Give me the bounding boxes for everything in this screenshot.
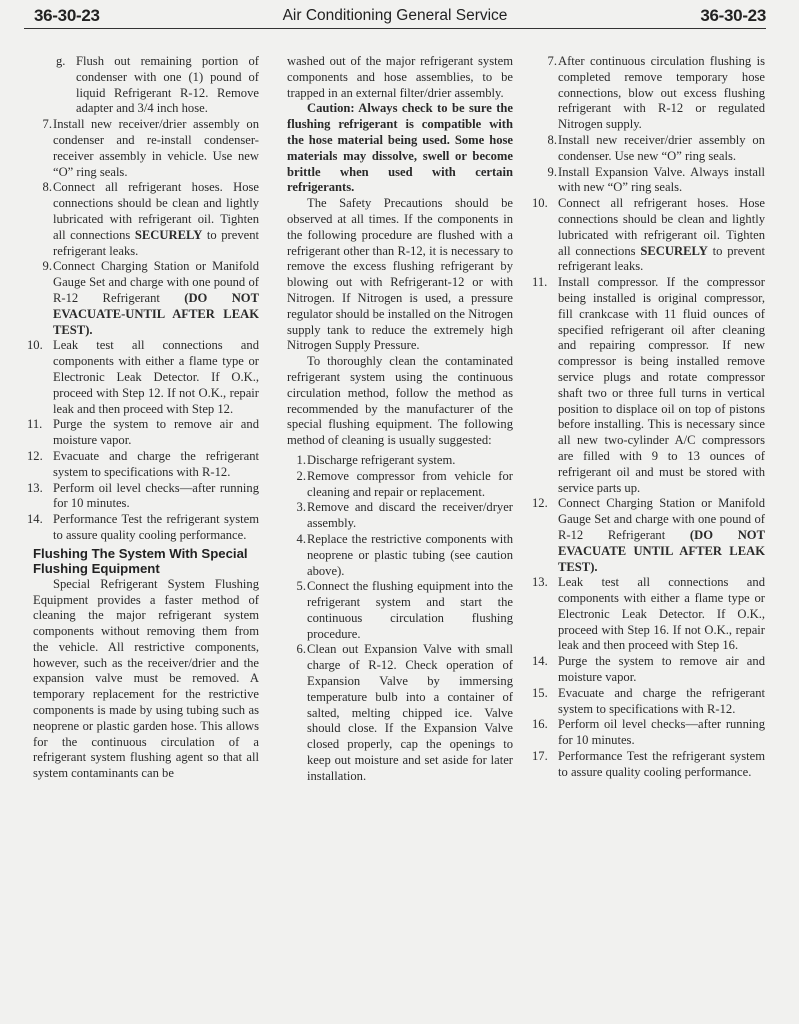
list-item: 12.Connect Charging Station or Manifold … bbox=[538, 496, 765, 575]
item-number: 10. bbox=[27, 338, 50, 354]
item-number: g. bbox=[56, 54, 96, 70]
item-text: Perform oil level checks—after running f… bbox=[53, 481, 259, 511]
item-text: Install new receiver/drier assembly on c… bbox=[558, 133, 765, 163]
list-item: 10.Leak test all connections and compone… bbox=[33, 338, 259, 417]
list-item: 13.Perform oil level checks—after runnin… bbox=[33, 481, 259, 513]
list-item: 15.Evacuate and charge the refrigerant s… bbox=[538, 686, 765, 718]
item-number: 5. bbox=[287, 579, 306, 595]
item-number: 6. bbox=[287, 642, 306, 658]
body-paragraph: Special Refrigerant System Flushing Equi… bbox=[33, 577, 259, 782]
item-text: Perform oil level checks—after running f… bbox=[558, 717, 765, 747]
item-number: 9. bbox=[33, 259, 52, 275]
list-item: 8.Install new receiver/drier assembly on… bbox=[538, 133, 765, 165]
item-number: 14. bbox=[532, 654, 555, 670]
item-number: 13. bbox=[27, 481, 50, 497]
body-paragraph: washed out of the major refrigerant syst… bbox=[287, 54, 513, 101]
item-text: Install Expansion Valve. Always install … bbox=[558, 165, 765, 195]
page-title: Air Conditioning General Service bbox=[24, 7, 766, 25]
list-item: 1.Discharge refrigerant system. bbox=[287, 453, 513, 469]
item-text: Purge the system to remove air and moist… bbox=[558, 654, 765, 684]
caution-note: Caution: Always check to be sure the flu… bbox=[287, 101, 513, 196]
item-text: After continuous circulation flushing is… bbox=[558, 54, 765, 131]
column-3: 7.After continuous circulation flushing … bbox=[538, 54, 765, 781]
item-number: 12. bbox=[27, 449, 50, 465]
list-item: 7.After continuous circulation flushing … bbox=[538, 54, 765, 133]
list-item: 8.Connect all refrigerant hoses. Hose co… bbox=[33, 180, 259, 259]
item-number: 15. bbox=[532, 686, 555, 702]
item-text: Replace the restrictive components with … bbox=[307, 532, 513, 578]
item-text: Remove and discard the receiver/dryer as… bbox=[307, 500, 513, 530]
item-number: 2. bbox=[287, 469, 306, 485]
item-number: 16. bbox=[532, 717, 555, 733]
item-text: Leak test all connections and components… bbox=[53, 338, 259, 415]
item-text: Clean out Expansion Valve with small cha… bbox=[307, 642, 513, 782]
list-item: 6.Clean out Expansion Valve with small c… bbox=[287, 642, 513, 784]
list-item: 14.Purge the system to remove air and mo… bbox=[538, 654, 765, 686]
item-text: Performance Test the refrigerant system … bbox=[53, 512, 259, 542]
item-number: 12. bbox=[532, 496, 555, 512]
item-number: 1. bbox=[287, 453, 306, 469]
list-item: 5.Connect the flushing equipment into th… bbox=[287, 579, 513, 642]
item-text: Install compressor. If the compressor be… bbox=[558, 275, 765, 494]
item-emphasis: SECURELY bbox=[640, 244, 707, 258]
list-item: 11.Purge the system to remove air and mo… bbox=[33, 417, 259, 449]
item-number: 9. bbox=[538, 165, 557, 181]
item-emphasis: SECURELY bbox=[135, 228, 202, 242]
section-heading: Flushing The System With Special Flushin… bbox=[33, 546, 259, 577]
item-number: 7. bbox=[538, 54, 557, 70]
list-item: 9.Install Expansion Valve. Always instal… bbox=[538, 165, 765, 197]
column-1: g.Flush out remaining portion of condens… bbox=[33, 54, 259, 782]
item-number: 11. bbox=[27, 417, 50, 433]
list-item: 3.Remove and discard the receiver/dryer … bbox=[287, 500, 513, 532]
item-text: Discharge refrigerant system. bbox=[307, 453, 455, 467]
list-item: 12.Evacuate and charge the refrigerant s… bbox=[33, 449, 259, 481]
item-text: Purge the system to remove air and moist… bbox=[53, 417, 259, 447]
item-number: 7. bbox=[33, 117, 52, 133]
item-text: Connect the flushing equipment into the … bbox=[307, 579, 513, 640]
item-text: Performance Test the refrigerant system … bbox=[558, 749, 765, 779]
item-number: 8. bbox=[538, 133, 557, 149]
item-text: Install new receiver/drier assembly on c… bbox=[53, 117, 259, 178]
item-text: Evacuate and charge the refrigerant syst… bbox=[53, 449, 259, 479]
item-text: Leak test all connections and components… bbox=[558, 575, 765, 652]
item-text: Flush out remaining portion of condenser… bbox=[76, 54, 259, 115]
column-2: washed out of the major refrigerant syst… bbox=[287, 54, 513, 785]
item-number: 8. bbox=[33, 180, 52, 196]
list-item: 4.Replace the restrictive components wit… bbox=[287, 532, 513, 579]
list-item: 9.Connect Charging Station or Manifold G… bbox=[33, 259, 259, 338]
item-number: 4. bbox=[287, 532, 306, 548]
item-number: 17. bbox=[532, 749, 555, 765]
body-paragraph: To thoroughly clean the contaminated ref… bbox=[287, 354, 513, 449]
list-item: 10.Connect all refrigerant hoses. Hose c… bbox=[538, 196, 765, 275]
item-number: 10. bbox=[532, 196, 555, 212]
item-number: 14. bbox=[27, 512, 50, 528]
list-item: 2.Remove compressor from vehicle for cle… bbox=[287, 469, 513, 501]
list-item: 11.Install compressor. If the compressor… bbox=[538, 275, 765, 496]
item-number: 11. bbox=[532, 275, 555, 291]
item-text: Evacuate and charge the refrigerant syst… bbox=[558, 686, 765, 716]
list-item: 16.Perform oil level checks—after runnin… bbox=[538, 717, 765, 749]
list-item: 14.Performance Test the refrigerant syst… bbox=[33, 512, 259, 544]
page-header: 36-30-23 Air Conditioning General Servic… bbox=[24, 4, 766, 29]
item-number: 3. bbox=[287, 500, 306, 516]
list-item: 17.Performance Test the refrigerant syst… bbox=[538, 749, 765, 781]
list-item: 13.Leak test all connections and compone… bbox=[538, 575, 765, 654]
item-number: 13. bbox=[532, 575, 555, 591]
list-item: g.Flush out remaining portion of condens… bbox=[33, 54, 259, 117]
body-paragraph: The Safety Precautions should be observe… bbox=[287, 196, 513, 354]
item-text: Remove compressor from vehicle for clean… bbox=[307, 469, 513, 499]
page-number-right: 36-30-23 bbox=[700, 6, 766, 26]
list-item: 7.Install new receiver/drier assembly on… bbox=[33, 117, 259, 180]
